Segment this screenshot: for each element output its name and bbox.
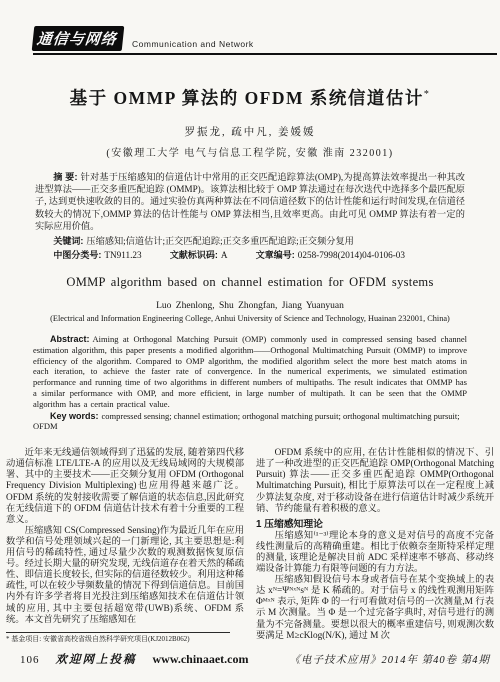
submission-welcome-text: 欢迎网上投稿 <box>56 651 137 667</box>
left-column: 近年来无线通信领域得到了迅猛的发展, 随着第四代移动通信标准 LTE/LTE-A… <box>6 448 244 644</box>
abstract-text: 针对基于压缩感知的信道估计中常用的正交匹配追踪算法(OMP),为提高算法效率提出… <box>35 172 465 231</box>
paper-title-text: 基于 OMMP 算法的 OFDM 系统信道估计 <box>70 88 424 108</box>
section-logo-english: Communication and Network <box>132 39 254 51</box>
title-footnote-mark: * <box>424 89 431 100</box>
left-paragraph-2: 压缩感知 CS(Compressed Sensing)作为最近几年在应用数学和信… <box>6 526 244 626</box>
right-paragraph-3: 压缩感知假设信号本身或者信号在某个变换域上的表达 xᴺ=Ψᴺˣᴺsᴺ 是 K 稀… <box>256 575 494 642</box>
keywords-chinese: 关键词:压缩感知;信道估计;正交匹配追踪;正交多重匹配追踪;正交频分复用 <box>35 235 465 247</box>
footnote-separator <box>6 632 230 633</box>
right-paragraph-2: 压缩感知⁽¹⁻³⁾理论本身的意义是对信号的高度不完备线性测量后的高精确重建。相比… <box>256 531 494 575</box>
left-paragraph-1: 近年来无线通信领域得到了迅猛的发展, 随着第四代移动通信标准 LTE/LTE-A… <box>6 448 244 526</box>
document-code: 文献标识码:A <box>170 250 228 260</box>
paper-title-chinese: 基于 OMMP 算法的 OFDM 系统信道估计* <box>20 85 480 110</box>
clc-number: 中图分类号:TN911.23 <box>53 250 141 260</box>
journal-masthead: 通信与网络 Communication and Network <box>33 26 497 55</box>
authors-chinese: 罗振龙, 疏中凡, 姜媛媛 <box>0 124 500 139</box>
journal-issue-info: 《电子技术应用》2014年 第40卷 第4期 <box>290 652 491 667</box>
authors-english: Luo Zhenlong, Shu Zhongfan, Jiang Yuanyu… <box>0 301 500 311</box>
right-paragraph-1: OFDM 系统中的应用, 在估计性能相似的情况下、引进了一种改进型的正交匹配追踪… <box>256 448 494 515</box>
paper-title-english: OMMP algorithm based on channel estimati… <box>20 275 480 290</box>
affiliation-english: (Electrical and Information Engineering … <box>0 314 500 323</box>
right-column: OFDM 系统中的应用, 在估计性能相似的情况下、引进了一种改进型的正交匹配追踪… <box>256 448 494 644</box>
article-id: 文章编号:0258-7998(2014)04-0106-03 <box>256 250 405 260</box>
article-meta-line: 中图分类号:TN911.23 文献标识码:A 文章编号:0258-7998(20… <box>35 249 465 261</box>
keywords-text: 压缩感知;信道估计;正交匹配追踪;正交多重匹配追踪;正交频分复用 <box>86 236 353 246</box>
keywords-label: 关键词: <box>53 236 83 246</box>
abstract-english-label: Abstract: <box>50 334 90 344</box>
paper-page: 通信与网络 Communication and Network 基于 OMMP … <box>0 0 500 682</box>
keywords-english: Key words:compressed sensing; channel es… <box>33 411 467 433</box>
section-logo: 通信与网络 <box>32 26 125 51</box>
submission-website-url: www.chinaaet.com <box>153 652 249 667</box>
abstract-english-text: Aiming at Orthogonal Matching Pursuit (O… <box>33 334 467 409</box>
affiliation-chinese: (安徽理工大学 电气与信息工程学院, 安徽 淮南 232001) <box>0 144 500 159</box>
abstract-chinese: 摘 要:针对基于压缩感知的信道估计中常用的正交匹配追踪算法(OMP),为提高算法… <box>35 171 465 232</box>
page-footer: 106 欢迎网上投稿 www.chinaaet.com 《电子技术应用》2014… <box>20 651 490 667</box>
body-two-columns: 近年来无线通信领域得到了迅猛的发展, 随着第四代移动通信标准 LTE/LTE-A… <box>6 448 494 644</box>
section-1-heading: 1 压缩感知理论 <box>256 516 494 530</box>
abstract-label: 摘 要: <box>53 172 77 182</box>
footer-left: 106 欢迎网上投稿 www.chinaaet.com <box>20 651 249 667</box>
funding-footnote: * 基金项目: 安徽省高校省级自然科学研究项目(KJ2012B062) <box>6 635 244 644</box>
abstract-english: Abstract:Aiming at Orthogonal Matching P… <box>33 334 467 410</box>
keywords-english-label: Key words: <box>50 411 99 421</box>
page-number: 106 <box>20 654 40 666</box>
